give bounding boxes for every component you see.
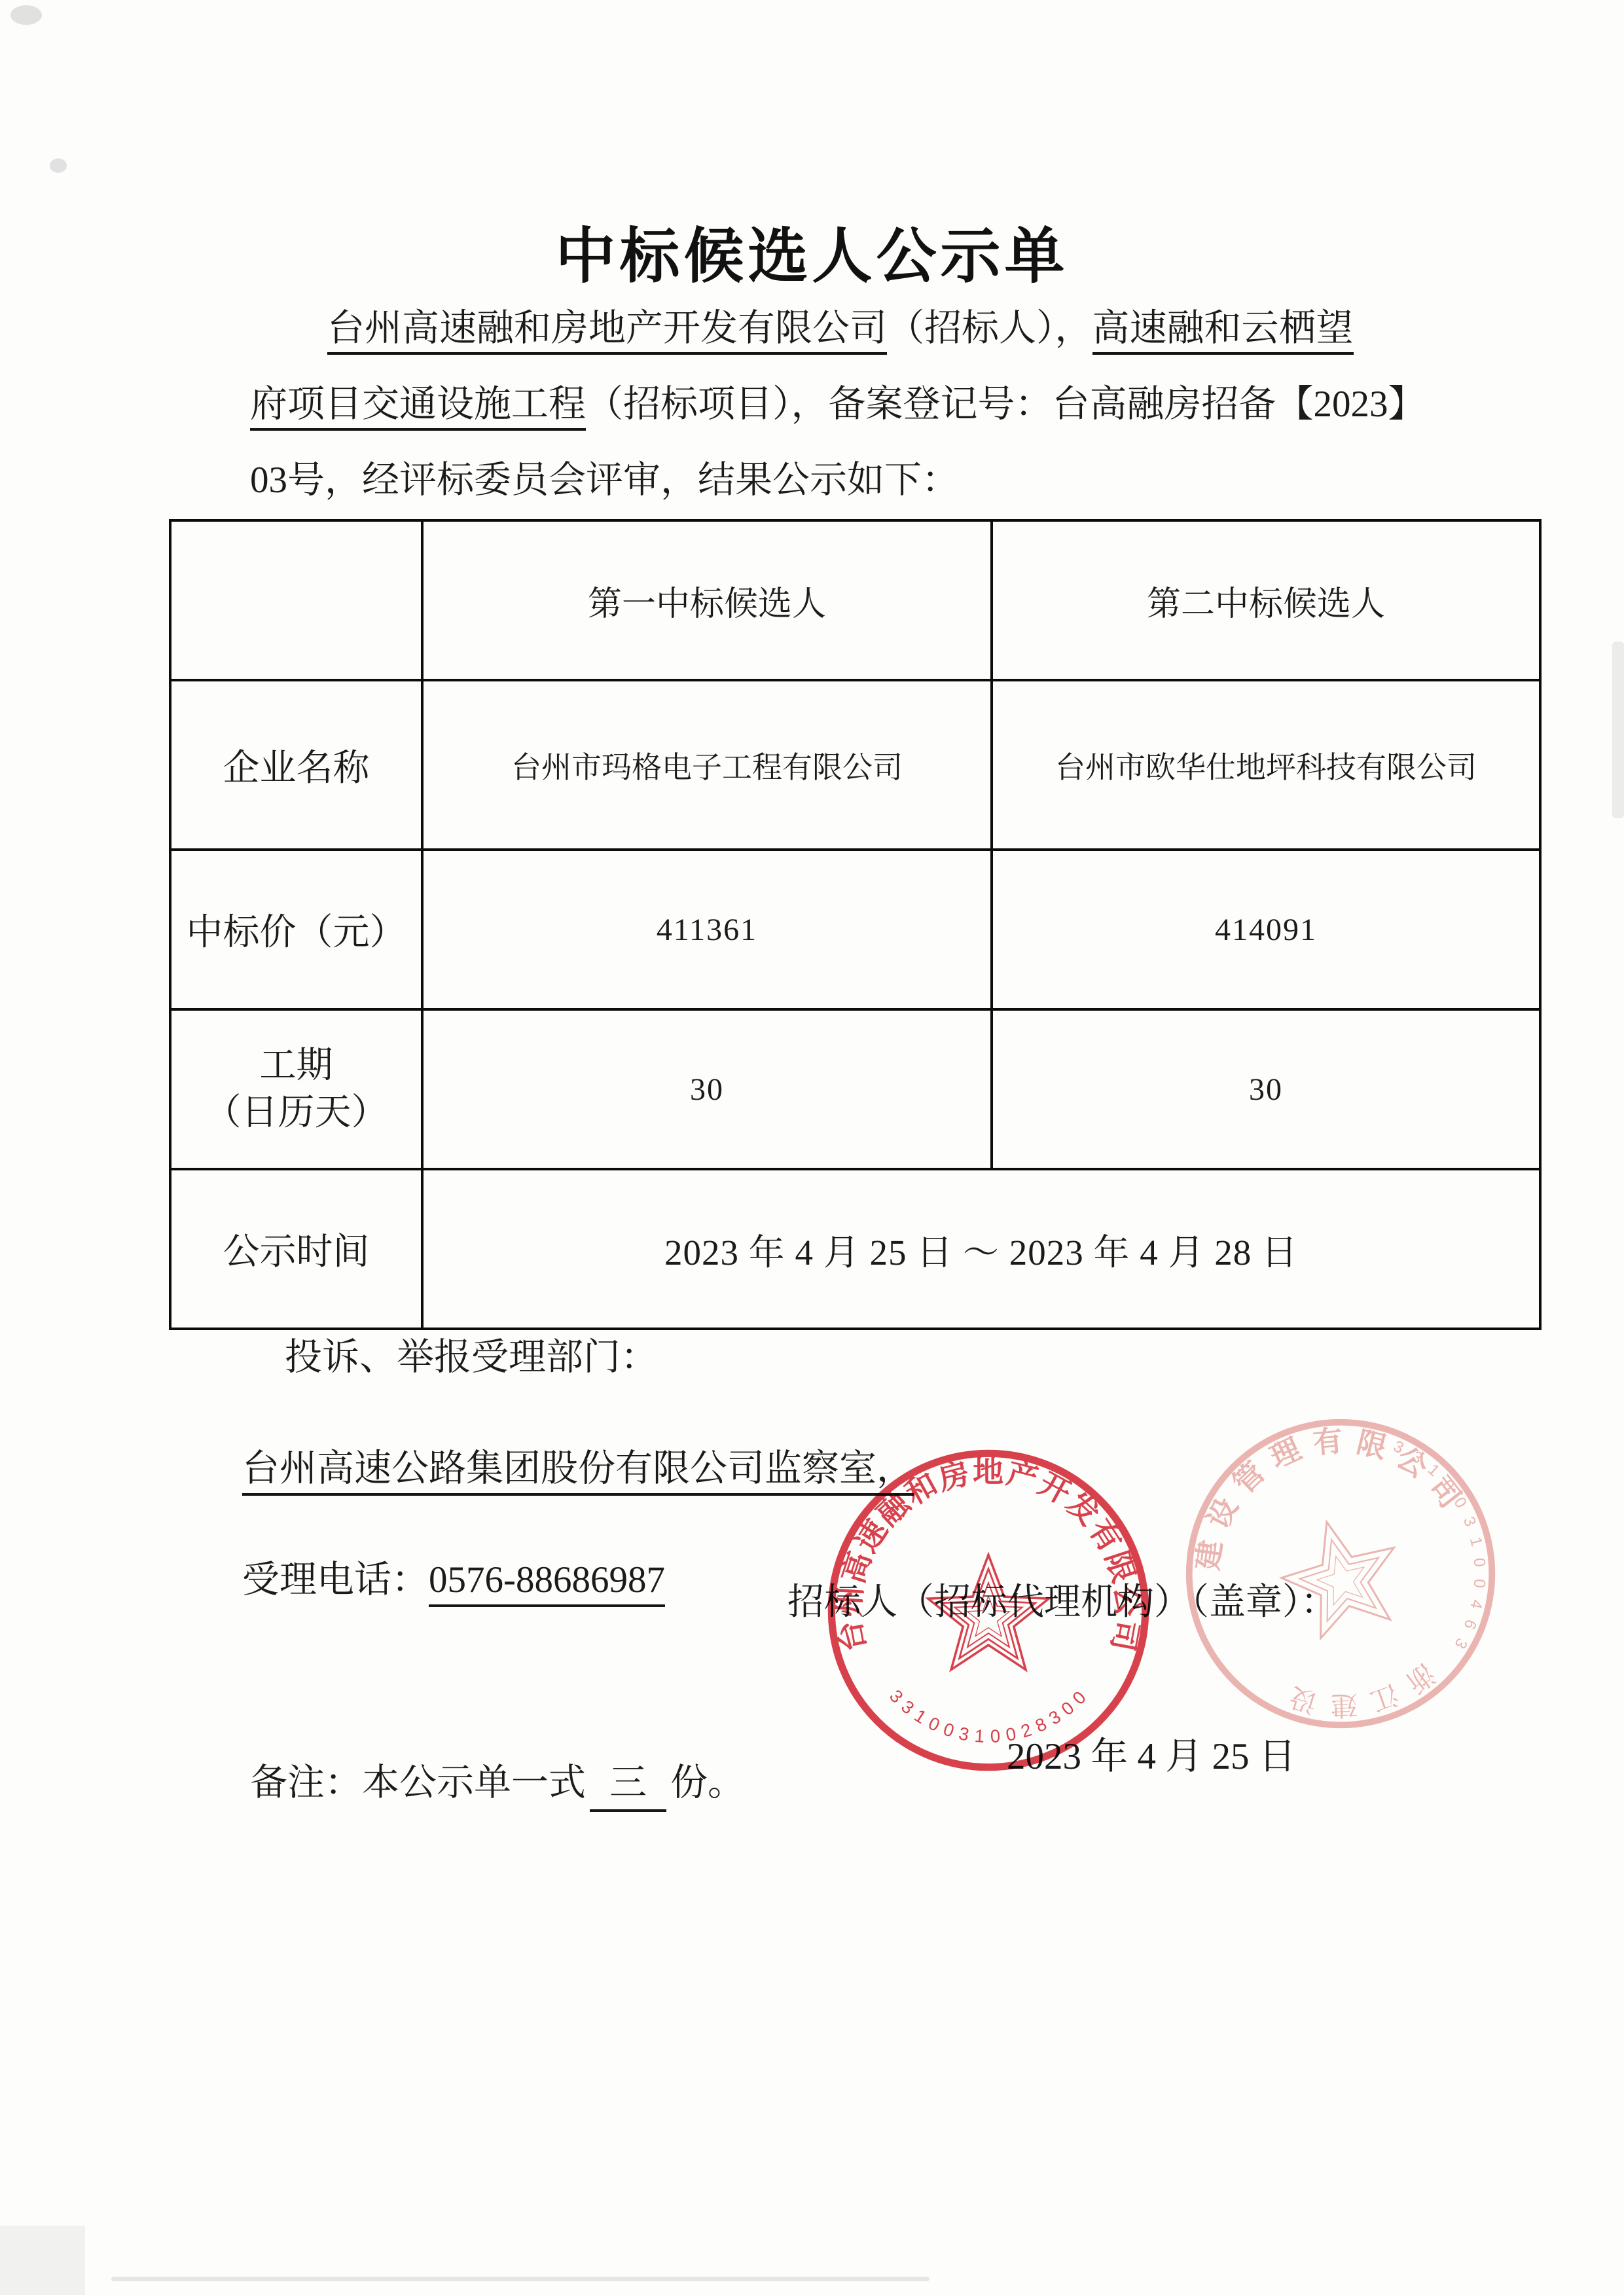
company-1: 台州市玛格电子工程有限公司 bbox=[422, 680, 992, 850]
header-empty-cell bbox=[170, 520, 422, 680]
scan-smudge bbox=[111, 2277, 929, 2281]
table-row: 第一中标候选人 第二中标候选人 bbox=[170, 520, 1540, 680]
table-row: 中标价（元） 411361 414091 bbox=[170, 850, 1540, 1009]
header-first-candidate: 第一中标候选人 bbox=[422, 520, 992, 680]
phone-number: 0576-88686987 bbox=[429, 1559, 665, 1607]
complaint-office-text: 台州高速公路集团股份有限公司监察室， bbox=[242, 1448, 914, 1496]
paragraph-line-3: 03号，经评标委员会评审，结果公示如下： bbox=[250, 443, 1422, 518]
paragraph-line-2: 府项目交通设施工程（招标项目），备案登记号：台高融房招备【2023】 bbox=[250, 367, 1422, 443]
table-row: 公示时间 2023 年 4 月 25 日 ～ 2023 年 4 月 28 日 bbox=[170, 1169, 1540, 1329]
paragraph-segment: （招标项目），备案登记号：台高融房招备【2023】 bbox=[586, 384, 1426, 425]
page-title: 中标候选人公示单 bbox=[0, 208, 1624, 295]
row-label-price: 中标价（元） bbox=[170, 850, 422, 1009]
note-copies: 三 bbox=[590, 1760, 666, 1812]
note-suffix: 份。 bbox=[670, 1762, 745, 1803]
row-label-publicity-time: 公示时间 bbox=[170, 1169, 422, 1329]
duration-1: 30 bbox=[422, 1009, 992, 1169]
company-2: 台州市欧华仕地坪科技有限公司 bbox=[992, 680, 1540, 850]
company-seal-left: 台州高速融和房地产开发有限公司 33100310028300 bbox=[821, 1443, 1155, 1777]
seal-right-company-arc-text: 建设管理有限公司 bbox=[1164, 1392, 1471, 1580]
complaint-dept-heading: 投诉、举报受理部门： bbox=[285, 1334, 658, 1381]
paragraph-segment: （招标人）， bbox=[887, 308, 1092, 349]
phone-line: 受理电话：0576-88686987 bbox=[242, 1557, 665, 1604]
svg-text:建设管理有限公司: 建设管理有限公司 bbox=[1164, 1392, 1471, 1580]
company-seal-right: 建设管理有限公司 浙江建设 331003100463 bbox=[1144, 1377, 1538, 1771]
scan-smudge bbox=[50, 158, 67, 173]
document-page: 中标候选人公示单 台州高速融和房地产开发有限公司（招标人），高速融和云栖望 府项… bbox=[0, 0, 1624, 2295]
candidates-table: 第一中标候选人 第二中标候选人 企业名称 台州市玛格电子工程有限公司 台州市欧华… bbox=[169, 519, 1542, 1330]
paragraph-segment: 府项目交通设施工程 bbox=[250, 384, 586, 431]
row-label-duration: 工期 （日历天） bbox=[170, 1009, 422, 1169]
complaint-office: 台州高速公路集团股份有限公司监察室， bbox=[242, 1445, 914, 1492]
note-prefix: 备注：本公示单一式 bbox=[250, 1762, 586, 1803]
scan-smudge bbox=[1612, 642, 1624, 818]
scan-smudge bbox=[10, 5, 42, 25]
duration-2: 30 bbox=[992, 1009, 1540, 1169]
duration-label-line1: 工期 bbox=[171, 1042, 421, 1089]
intro-paragraph: 台州高速融和房地产开发有限公司（招标人），高速融和云栖望 府项目交通设施工程（招… bbox=[250, 291, 1422, 518]
price-2: 414091 bbox=[992, 850, 1540, 1009]
duration-label-line2: （日历天） bbox=[171, 1089, 421, 1136]
phone-label: 受理电话： bbox=[242, 1559, 429, 1600]
paragraph-segment: 03号，经评标委员会评审，结果公示如下： bbox=[250, 460, 959, 501]
table-row: 工期 （日历天） 30 30 bbox=[170, 1009, 1540, 1169]
scan-smudge bbox=[0, 2226, 85, 2295]
table-row: 企业名称 台州市玛格电子工程有限公司 台州市欧华仕地坪科技有限公司 bbox=[170, 680, 1540, 850]
price-1: 411361 bbox=[422, 850, 992, 1009]
paragraph-segment: 高速融和云栖望 bbox=[1092, 308, 1354, 355]
note-line: 备注：本公示单一式三份。 bbox=[250, 1760, 745, 1812]
paragraph-line-1: 台州高速融和房地产开发有限公司（招标人），高速融和云栖望 bbox=[250, 291, 1422, 367]
seal-left-number-arc-text: 33100310028300 bbox=[886, 1686, 1090, 1746]
publicity-period: 2023 年 4 月 25 日 ～ 2023 年 4 月 28 日 bbox=[422, 1169, 1540, 1329]
row-label-company: 企业名称 bbox=[170, 680, 422, 850]
paragraph-segment: 台州高速融和房地产开发有限公司 bbox=[327, 308, 887, 355]
header-second-candidate: 第二中标候选人 bbox=[992, 520, 1540, 680]
svg-text:33100310028300: 33100310028300 bbox=[886, 1686, 1090, 1746]
